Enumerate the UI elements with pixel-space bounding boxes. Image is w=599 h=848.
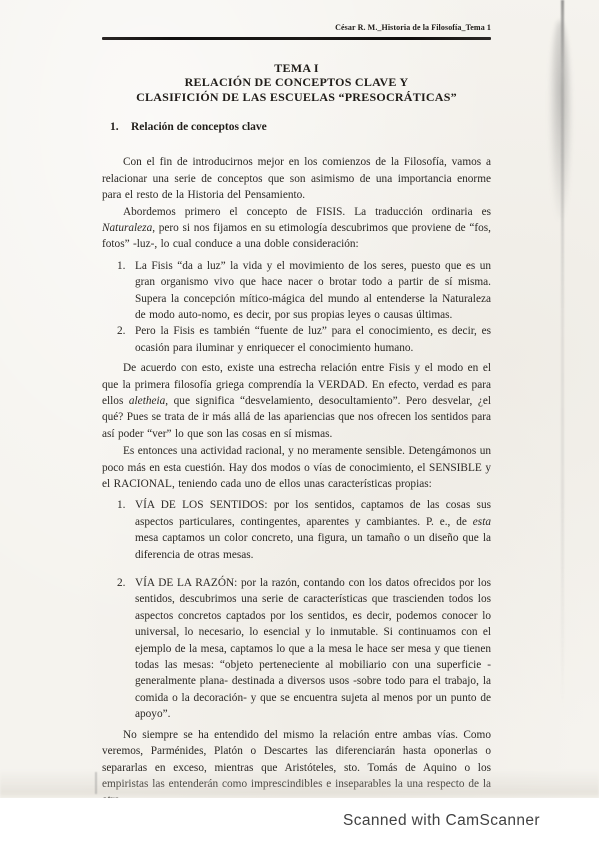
list-item-via-razon: 2.VÍA DE LA RAZÓN: por la razón, contand… [102,575,491,723]
list-item-text: Pero la Fisis es también “fuente de luz”… [135,325,491,353]
list-item-number: 1. [117,497,125,513]
text-run: mesa captamos un color concreto, una fig… [135,532,491,560]
paragraph-verdad: De acuerdo con esto, existe una estrecha… [102,360,491,442]
title-line-2: RELACIÓN DE CONCEPTOS CLAVE Y [102,75,491,90]
text-run: Abordemos primero el concepto de FISIS. … [123,206,491,218]
scan-smudge-artifact [549,20,571,220]
list-item-number: 2. [117,323,125,339]
title-line-1: TEMA I [102,61,491,76]
list-item-number: 2. [117,575,125,591]
running-header: César R. M._Historia de la Filosofía_Tem… [102,23,491,33]
scan-edge-mark-artifact [95,772,97,794]
list-item-via-sentidos: 1.VÍA DE LOS SENTIDOS: por los sentidos,… [102,497,491,563]
header-rule [102,37,491,40]
paragraph-vias-intro: Es entonces una actividad racional, y no… [102,443,491,492]
document-title: TEMA I RELACIÓN DE CONCEPTOS CLAVE Y CLA… [102,61,491,105]
list-item-text: VÍA DE LA RAZÓN: por la razón, contando … [135,577,491,720]
list-item-fisis-1: 1.La Fisis “da a luz” la vida y el movim… [102,258,491,324]
text-run: , pero si nos fijamos en su etimología d… [102,222,491,250]
title-line-3: CLASIFICIÓN DE LAS ESCUELAS “PRESOCRÁTIC… [102,90,491,105]
section-label: Relación de conceptos clave [131,121,267,133]
camscanner-watermark: Scanned with CamScanner [343,812,540,830]
italic-term-naturaleza: Naturaleza [102,222,152,234]
text-run: VÍA DE LOS SENTIDOS: por los sentidos, c… [135,499,491,527]
section-number: 1. [110,121,131,133]
paragraph-intro: Con el fin de introducirnos mejor en los… [102,154,491,203]
section-heading: 1.Relación de conceptos clave [102,121,491,133]
camscanner-strip: Scanned with CamScanner [0,798,599,848]
list-item-fisis-2: 2.Pero la Fisis es también “fuente de lu… [102,323,491,356]
list-item-text: La Fisis “da a luz” la vida y el movimie… [135,260,491,321]
scanned-page: César R. M._Historia de la Filosofía_Tem… [0,0,599,798]
page-content: César R. M._Historia de la Filosofía_Tem… [102,0,491,823]
vias-list: 1.VÍA DE LOS SENTIDOS: por los sentidos,… [102,497,491,722]
italic-term-esta: esta [473,516,491,528]
list-item-number: 1. [117,258,125,274]
italic-term-aletheia: aletheia [129,395,165,407]
scan-bottom-edge-artifact [0,770,599,798]
paragraph-fisis: Abordemos primero el concepto de FISIS. … [102,204,491,253]
fisis-list: 1.La Fisis “da a luz” la vida y el movim… [102,258,491,356]
